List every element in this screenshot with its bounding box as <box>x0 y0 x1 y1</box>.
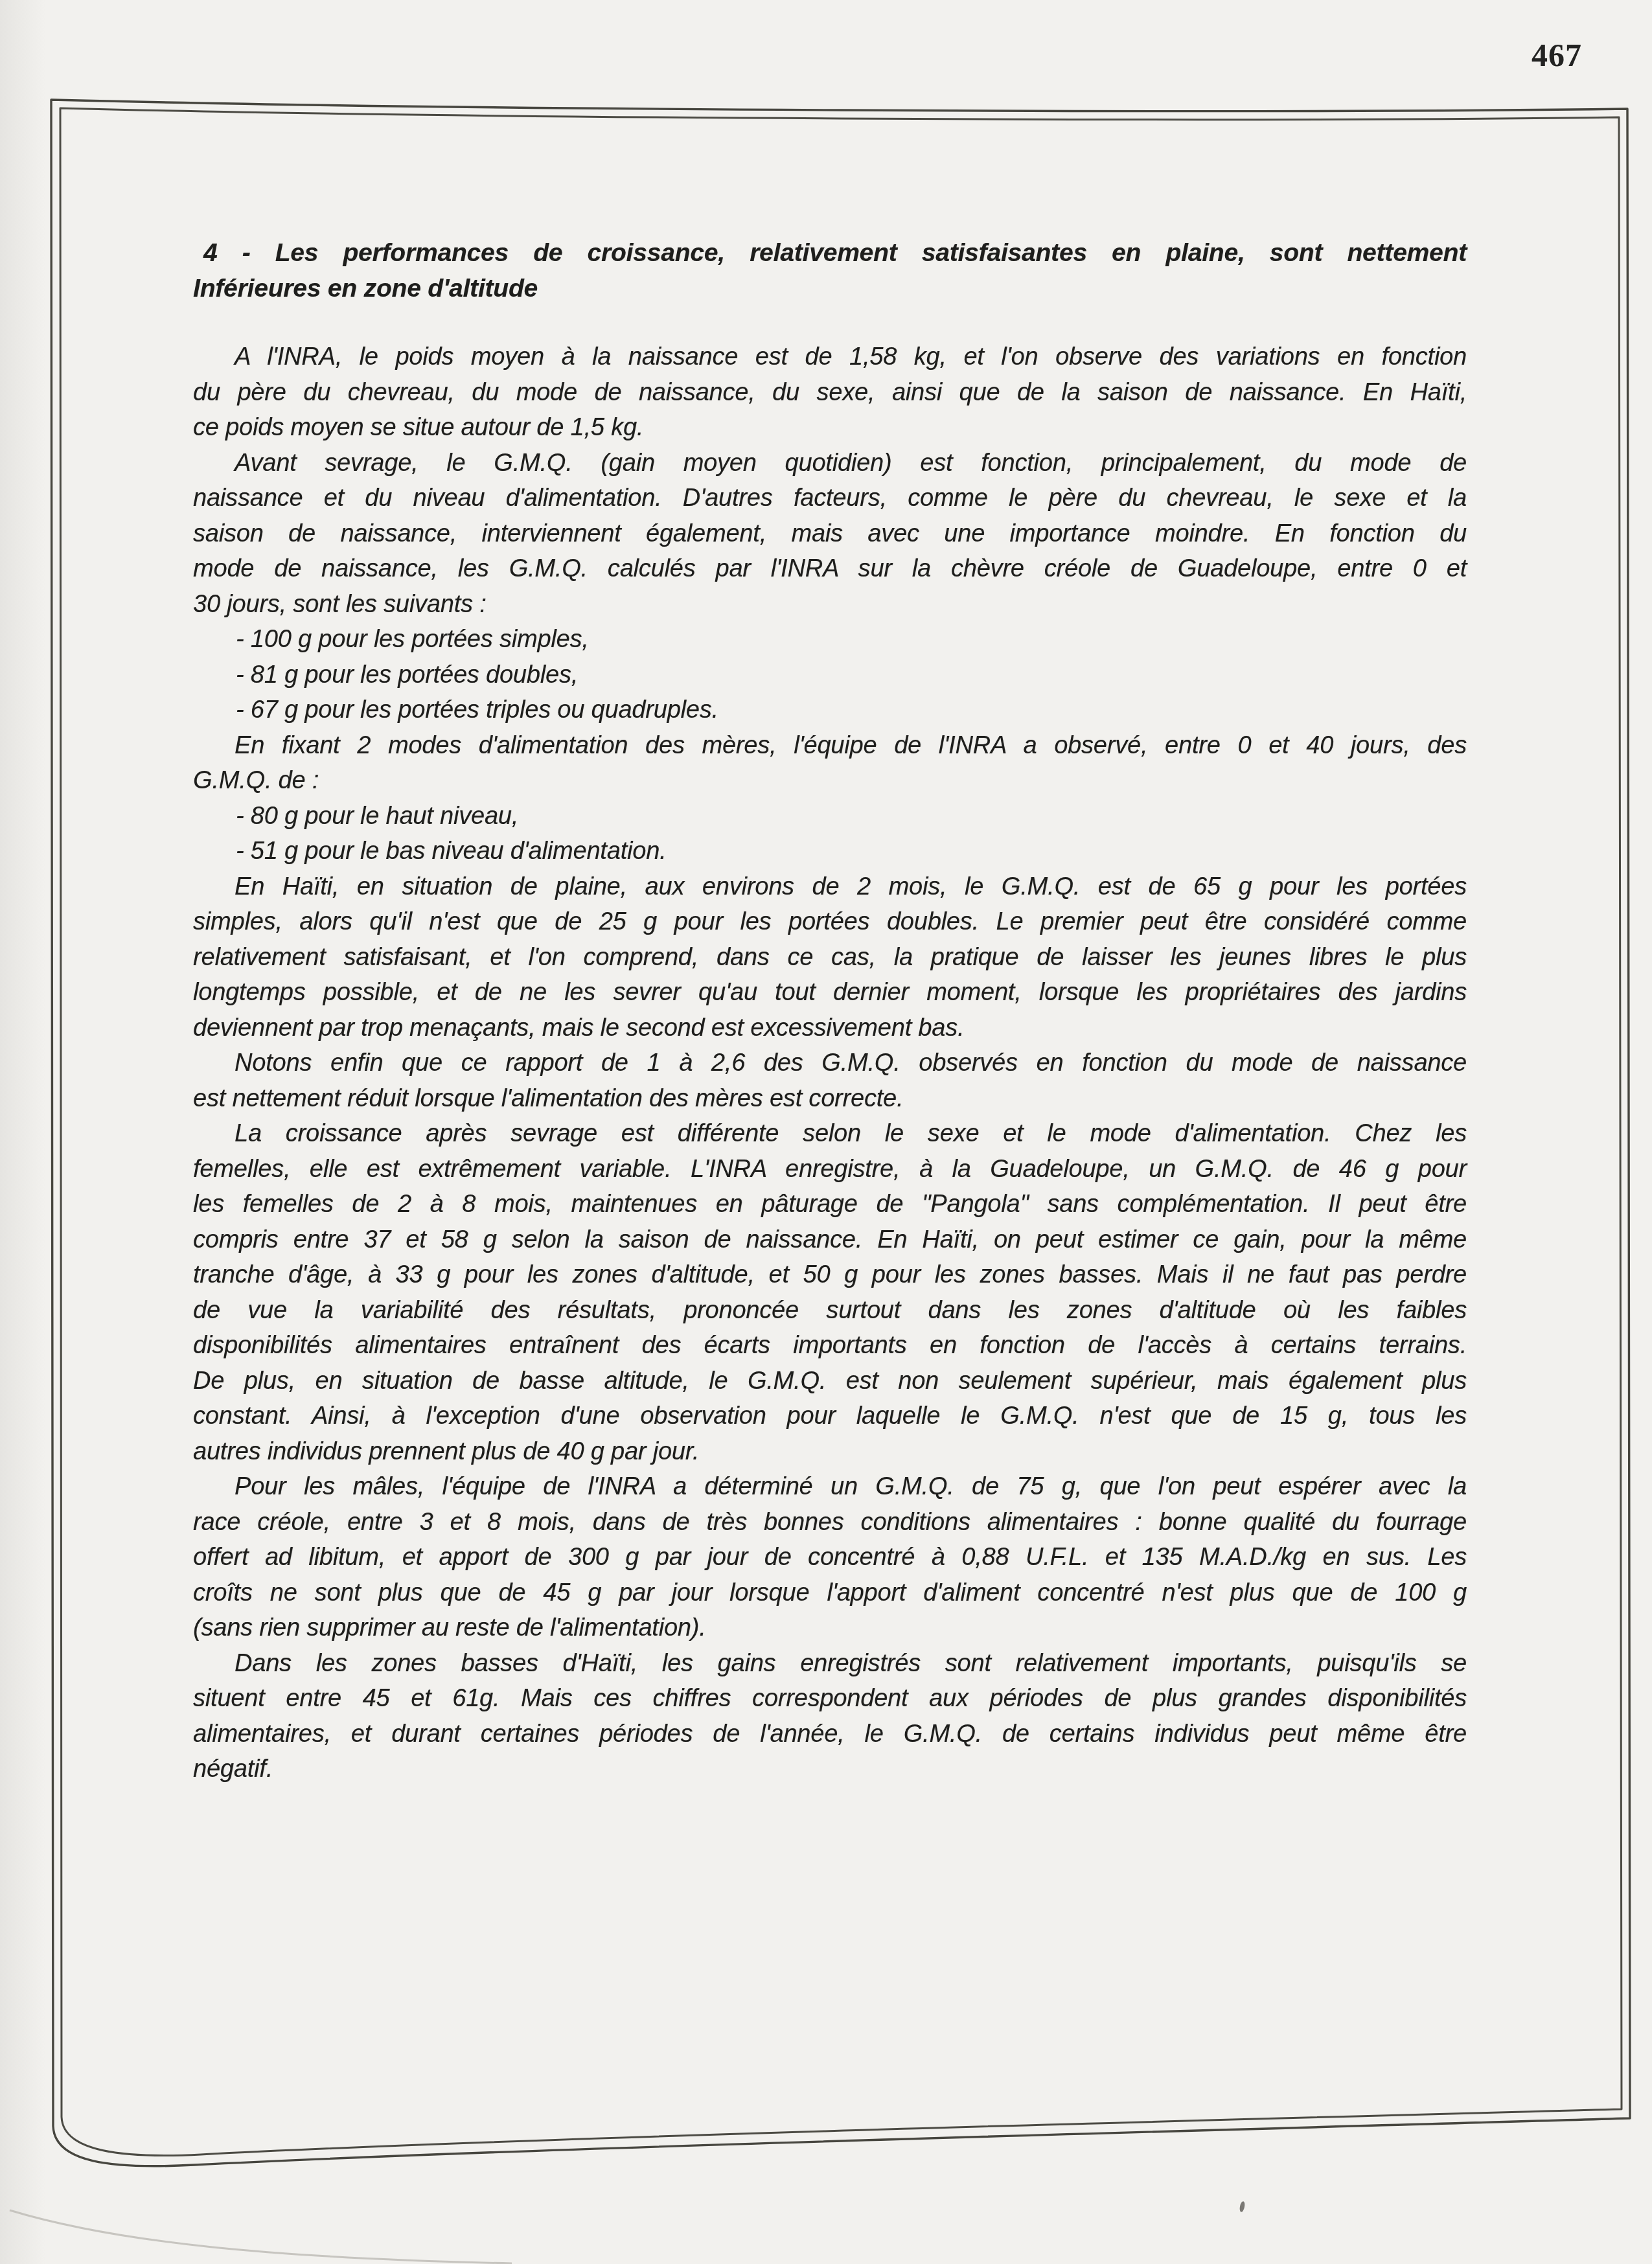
text-line: ce poids moyen se situe autour de 1,5 kg… <box>193 410 1467 446</box>
paragraph: En fixant 2 modes d'alimentation des mèr… <box>193 728 1467 799</box>
page-curl-line <box>10 2210 512 2263</box>
text-line: - 100 g pour les portées simples, <box>193 622 1467 657</box>
text-line: Notons enfin que ce rapport de 1 à 2,6 d… <box>193 1046 1467 1081</box>
paragraph: A l'INRA, le poids moyen à la naissance … <box>193 339 1467 446</box>
text-line: Dans les zones basses d'Haïti, les gains… <box>193 1646 1467 1682</box>
text-line: les femelles de 2 à 8 mois, maintenues e… <box>193 1187 1467 1222</box>
paragraph: Notons enfin que ce rapport de 1 à 2,6 d… <box>193 1046 1467 1116</box>
section-heading: 4 - Les performances de croissance, rela… <box>193 236 1467 306</box>
text-line: du père du chevreau, du mode de naissanc… <box>193 375 1467 411</box>
text-line: En fixant 2 modes d'alimentation des mèr… <box>193 728 1467 764</box>
text-line: compris entre 37 et 58 g selon la saison… <box>193 1222 1467 1258</box>
text-line: Pour les mâles, l'équipe de l'INRA a dét… <box>193 1469 1467 1505</box>
paragraph: Pour les mâles, l'équipe de l'INRA a dét… <box>193 1469 1467 1646</box>
paragraph: Dans les zones basses d'Haïti, les gains… <box>193 1646 1467 1787</box>
document-body: 4 - Les performances de croissance, rela… <box>193 236 1467 1787</box>
text-line: de vue la variabilité des résultats, pro… <box>193 1293 1467 1329</box>
text-line: A l'INRA, le poids moyen à la naissance … <box>193 339 1467 375</box>
text-line: longtemps possible, et de ne les sevrer … <box>193 975 1467 1011</box>
text-line: (sans rien supprimer au reste de l'alime… <box>193 1610 1467 1646</box>
text-line: croîts ne sont plus que de 45 g par jour… <box>193 1575 1467 1611</box>
text-line: femelles, elle est extrêmement variable.… <box>193 1152 1467 1187</box>
text-line: - 51 g pour le bas niveau d'alimentation… <box>193 834 1467 869</box>
text-line: est nettement réduit lorsque l'alimentat… <box>193 1081 1467 1117</box>
paragraph: La croissance après sevrage est différen… <box>193 1116 1467 1469</box>
text-line: - 81 g pour les portées doubles, <box>193 657 1467 693</box>
list-block: - 80 g pour le haut niveau,- 51 g pour l… <box>193 799 1467 869</box>
text-line: 30 jours, sont les suivants : <box>193 587 1467 623</box>
text-line: Avant sevrage, le G.M.Q. (gain moyen quo… <box>193 446 1467 481</box>
text-line: négatif. <box>193 1752 1467 1787</box>
text-line: De plus, en situation de basse altitude,… <box>193 1364 1467 1399</box>
text-line: tranche d'âge, à 33 g pour les zones d'a… <box>193 1257 1467 1293</box>
text-line: autres individus prennent plus de 40 g p… <box>193 1434 1467 1470</box>
text-line: saison de naissance, interviennent égale… <box>193 516 1467 552</box>
text-line: - 67 g pour les portées triples ou quadr… <box>193 692 1467 728</box>
text-line: - 80 g pour le haut niveau, <box>193 799 1467 834</box>
text-line: G.M.Q. de : <box>193 763 1467 799</box>
text-line: race créole, entre 3 et 8 mois, dans de … <box>193 1505 1467 1540</box>
text-line: Inférieures en zone d'altitude <box>193 271 1467 307</box>
text-line: En Haïti, en situation de plaine, aux en… <box>193 869 1467 905</box>
text-line: relativement satisfaisant, et l'on compr… <box>193 940 1467 976</box>
text-line: constant. Ainsi, à l'exception d'une obs… <box>193 1399 1467 1434</box>
text-line: disponibilités alimentaires entraînent d… <box>193 1328 1467 1364</box>
list-block: - 100 g pour les portées simples,- 81 g … <box>193 622 1467 728</box>
paragraph: En Haïti, en situation de plaine, aux en… <box>193 869 1467 1046</box>
text-line: 4 - Les performances de croissance, rela… <box>193 236 1467 271</box>
paragraph: Avant sevrage, le G.M.Q. (gain moyen quo… <box>193 446 1467 623</box>
text-line: deviennent par trop menaçants, mais le s… <box>193 1011 1467 1046</box>
text-line: offert ad libitum, et apport de 300 g pa… <box>193 1540 1467 1575</box>
text-line: simples, alors qu'il n'est que de 25 g p… <box>193 904 1467 940</box>
text-line: mode de naissance, les G.M.Q. calculés p… <box>193 551 1467 587</box>
text-line: alimentaires, et durant certaines périod… <box>193 1717 1467 1752</box>
text-line: naissance et du niveau d'alimentation. D… <box>193 481 1467 516</box>
text-line: La croissance après sevrage est différen… <box>193 1116 1467 1152</box>
text-line: situent entre 45 et 61g. Mais ces chiffr… <box>193 1681 1467 1717</box>
